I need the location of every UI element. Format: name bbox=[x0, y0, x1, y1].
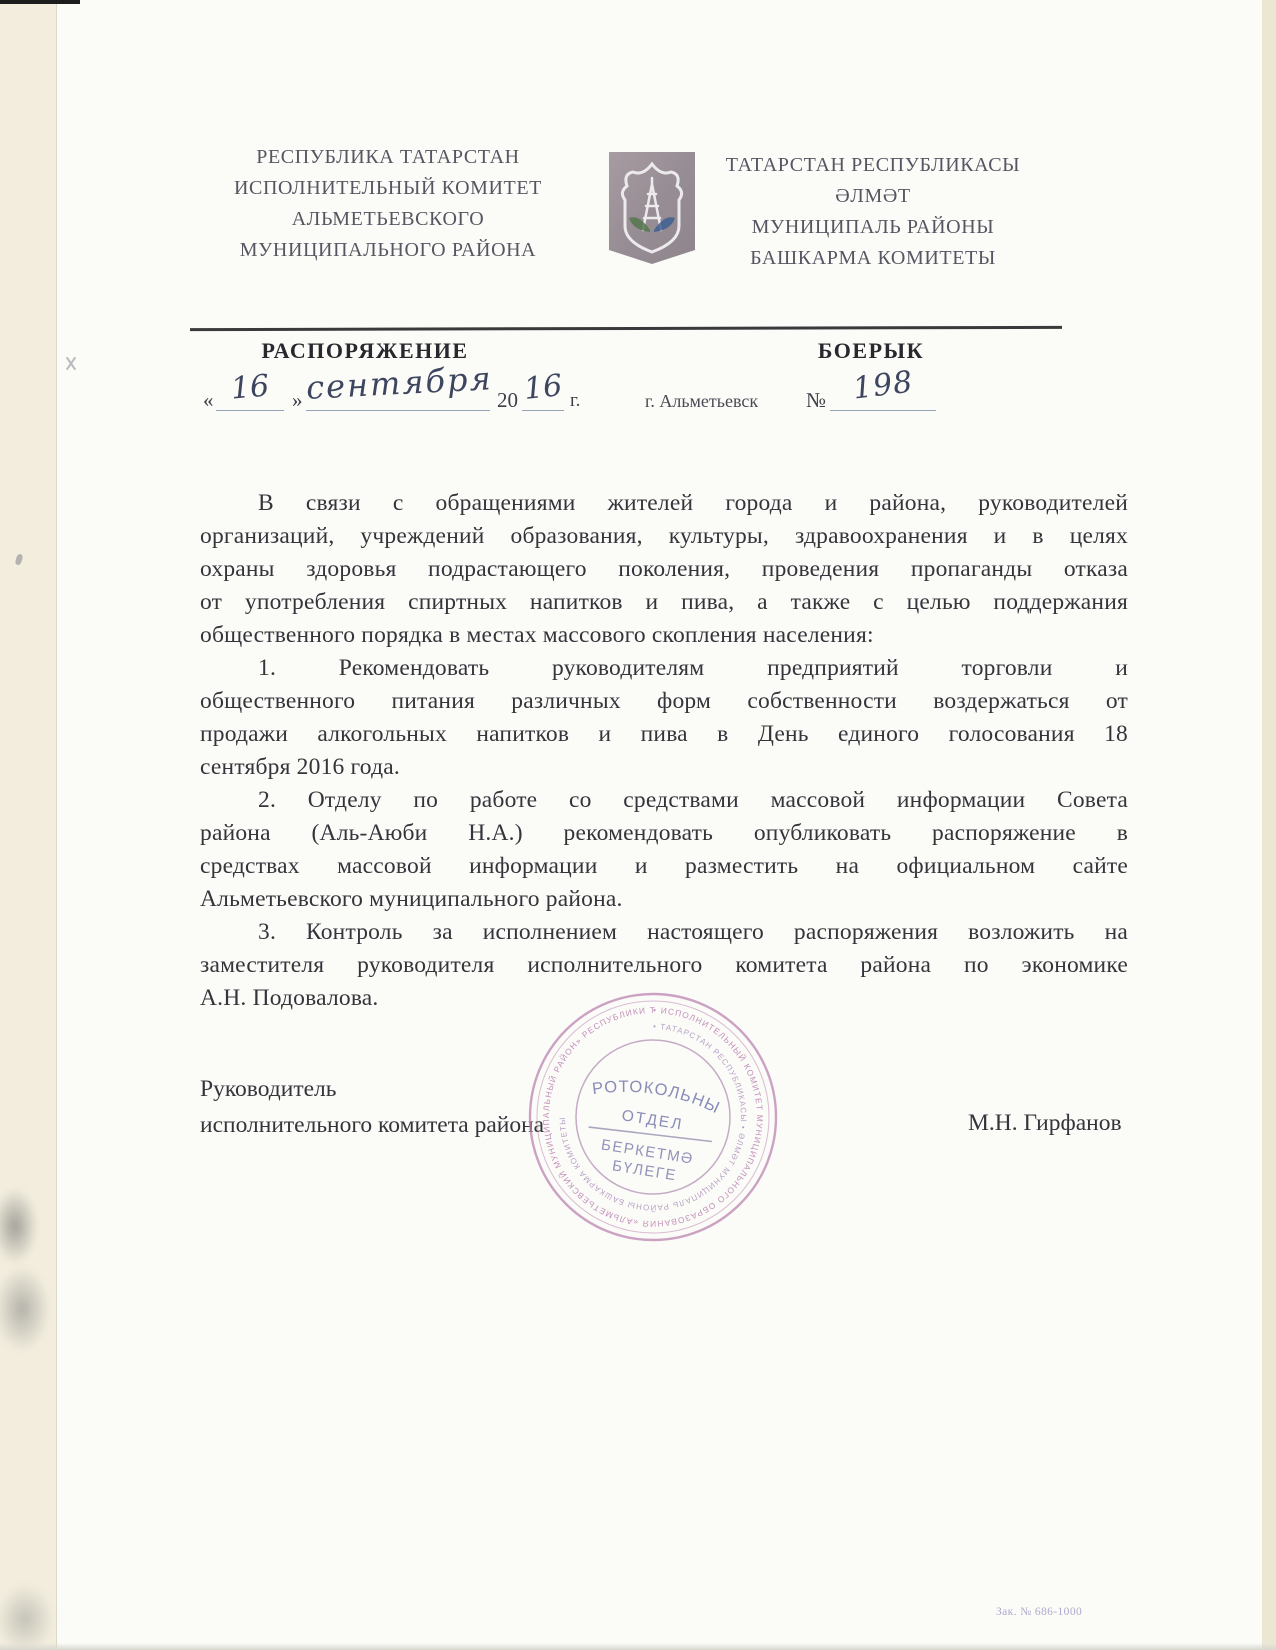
body-line: продажи алкогольных напитков и пива в Де… bbox=[200, 718, 1128, 751]
doc-number-field: 198 bbox=[830, 362, 936, 411]
body-paragraph: В связи с обращениями жителей города и р… bbox=[200, 487, 1128, 652]
pen-tick-mark bbox=[66, 356, 77, 371]
body-line: района (Аль-Аюби Н.А.) рекомендовать опу… bbox=[200, 817, 1128, 850]
body-text: В связи с обращениями жителей города и р… bbox=[200, 487, 1128, 1015]
handwritten-year: 16 bbox=[522, 368, 564, 407]
org-line: ӘЛМӘТ bbox=[716, 181, 1030, 212]
org-name-russian: РЕСПУБЛИКА ТАТАРСТАНИСПОЛНИТЕЛЬНЫЙ КОМИТ… bbox=[190, 142, 586, 266]
org-line: ТАТАРСТАН РЕСПУБЛИКАСЫ bbox=[716, 150, 1030, 181]
body-line: организаций, учреждений образования, кул… bbox=[200, 520, 1128, 553]
scan-edge-top-mark bbox=[0, 0, 80, 4]
signature-name: М.Н. Гирфанов bbox=[968, 1110, 1122, 1137]
org-line: МУНИЦИПАЛЬНОГО РАЙОНА bbox=[190, 235, 586, 266]
header-divider-rule bbox=[190, 326, 1062, 331]
scan-edge-left bbox=[0, 0, 57, 1650]
org-line: ИСПОЛНИТЕЛЬНЫЙ КОМИТЕТ bbox=[190, 173, 586, 204]
handwritten-doc-number: 198 bbox=[851, 364, 915, 406]
body-line: общественного питания различных форм соб… bbox=[200, 685, 1128, 718]
body-line: общественного порядка в местах массового… bbox=[200, 619, 1128, 652]
body-line: 3. Контроль за исполнением настоящего ра… bbox=[200, 916, 1128, 949]
scanned-document-page: РЕСПУБЛИКА ТАТАРСТАНИСПОЛНИТЕЛЬНЫЙ КОМИТ… bbox=[0, 0, 1276, 1650]
stamp-center-line2: ОТДЕЛ bbox=[620, 1107, 684, 1133]
body-line: сентября 2016 года. bbox=[200, 751, 1128, 784]
handwritten-day: 16 bbox=[229, 368, 270, 406]
date-quote-open: « bbox=[203, 388, 214, 413]
stamp-rim-text-outer: • ИСПОЛНИТЕЛЬНЫЙ КОМИТЕТ МУНИЦИПАЛЬНОГО … bbox=[512, 976, 765, 1229]
official-round-stamp: • ИСПОЛНИТЕЛЬНЫЙ КОМИТЕТ МУНИЦИПАЛЬНОГО … bbox=[512, 976, 794, 1258]
handwritten-month: сентября bbox=[305, 359, 493, 407]
place-label: г. Альметьевск bbox=[645, 391, 758, 412]
org-line: МУНИЦИПАЛЬ РАЙОНЫ bbox=[716, 212, 1030, 243]
body-line: 1. Рекомендовать руководителям предприят… bbox=[200, 652, 1128, 685]
body-line: охраны здоровья подрастающего поколения,… bbox=[200, 553, 1128, 586]
date-day-field: 16 bbox=[216, 366, 284, 411]
org-line: БАШКАРМА КОМИТЕТЫ bbox=[716, 243, 1030, 274]
print-shop-note: Зак. № 686-1000 bbox=[996, 1606, 1082, 1618]
doc-title-tatar: БОЕРЫК bbox=[748, 338, 994, 364]
coat-of-arms-icon bbox=[603, 150, 699, 268]
body-paragraph: 2. Отделу по работе со средствами массов… bbox=[200, 784, 1128, 916]
body-line: В связи с обращениями жителей города и р… bbox=[200, 487, 1128, 520]
svg-text:• ИСПОЛНИТЕЛЬНЫЙ КОМИТЕТ МУНИЦ: • ИСПОЛНИТЕЛЬНЫЙ КОМИТЕТ МУНИЦИПАЛЬНОГО … bbox=[512, 976, 765, 1229]
scan-smudge bbox=[0, 1584, 54, 1650]
scan-edge-bottom bbox=[0, 1643, 1276, 1650]
body-line: Альметьевского муниципального района. bbox=[200, 883, 1128, 916]
body-line: от употребления спиртных напитков и пива… bbox=[200, 586, 1128, 619]
org-line: АЛЬМЕТЬЕВСКОГО bbox=[190, 204, 586, 235]
signature-post-line1: Руководитель bbox=[200, 1076, 336, 1103]
org-line: РЕСПУБЛИКА ТАТАРСТАН bbox=[190, 142, 586, 173]
date-year-field: 16 bbox=[522, 364, 564, 411]
org-name-tatar: ТАТАРСТАН РЕСПУБЛИКАСЫӘЛМӘТМУНИЦИПАЛЬ РА… bbox=[716, 150, 1030, 274]
body-line: средствах массовой информации и размести… bbox=[200, 850, 1128, 883]
date-month-field: сентября bbox=[306, 356, 490, 411]
date-year-print: 20 bbox=[497, 388, 518, 413]
scan-edge-right bbox=[1262, 0, 1276, 1650]
signature-post-line2: исполнительного комитета района bbox=[200, 1112, 544, 1139]
date-quote-close: » bbox=[292, 388, 303, 413]
body-line: 2. Отделу по работе со средствами массов… bbox=[200, 784, 1128, 817]
body-paragraph: 1. Рекомендовать руководителям предприят… bbox=[200, 652, 1128, 784]
date-year-suffix: г. bbox=[570, 390, 580, 412]
doc-number-sign: № bbox=[806, 388, 826, 413]
